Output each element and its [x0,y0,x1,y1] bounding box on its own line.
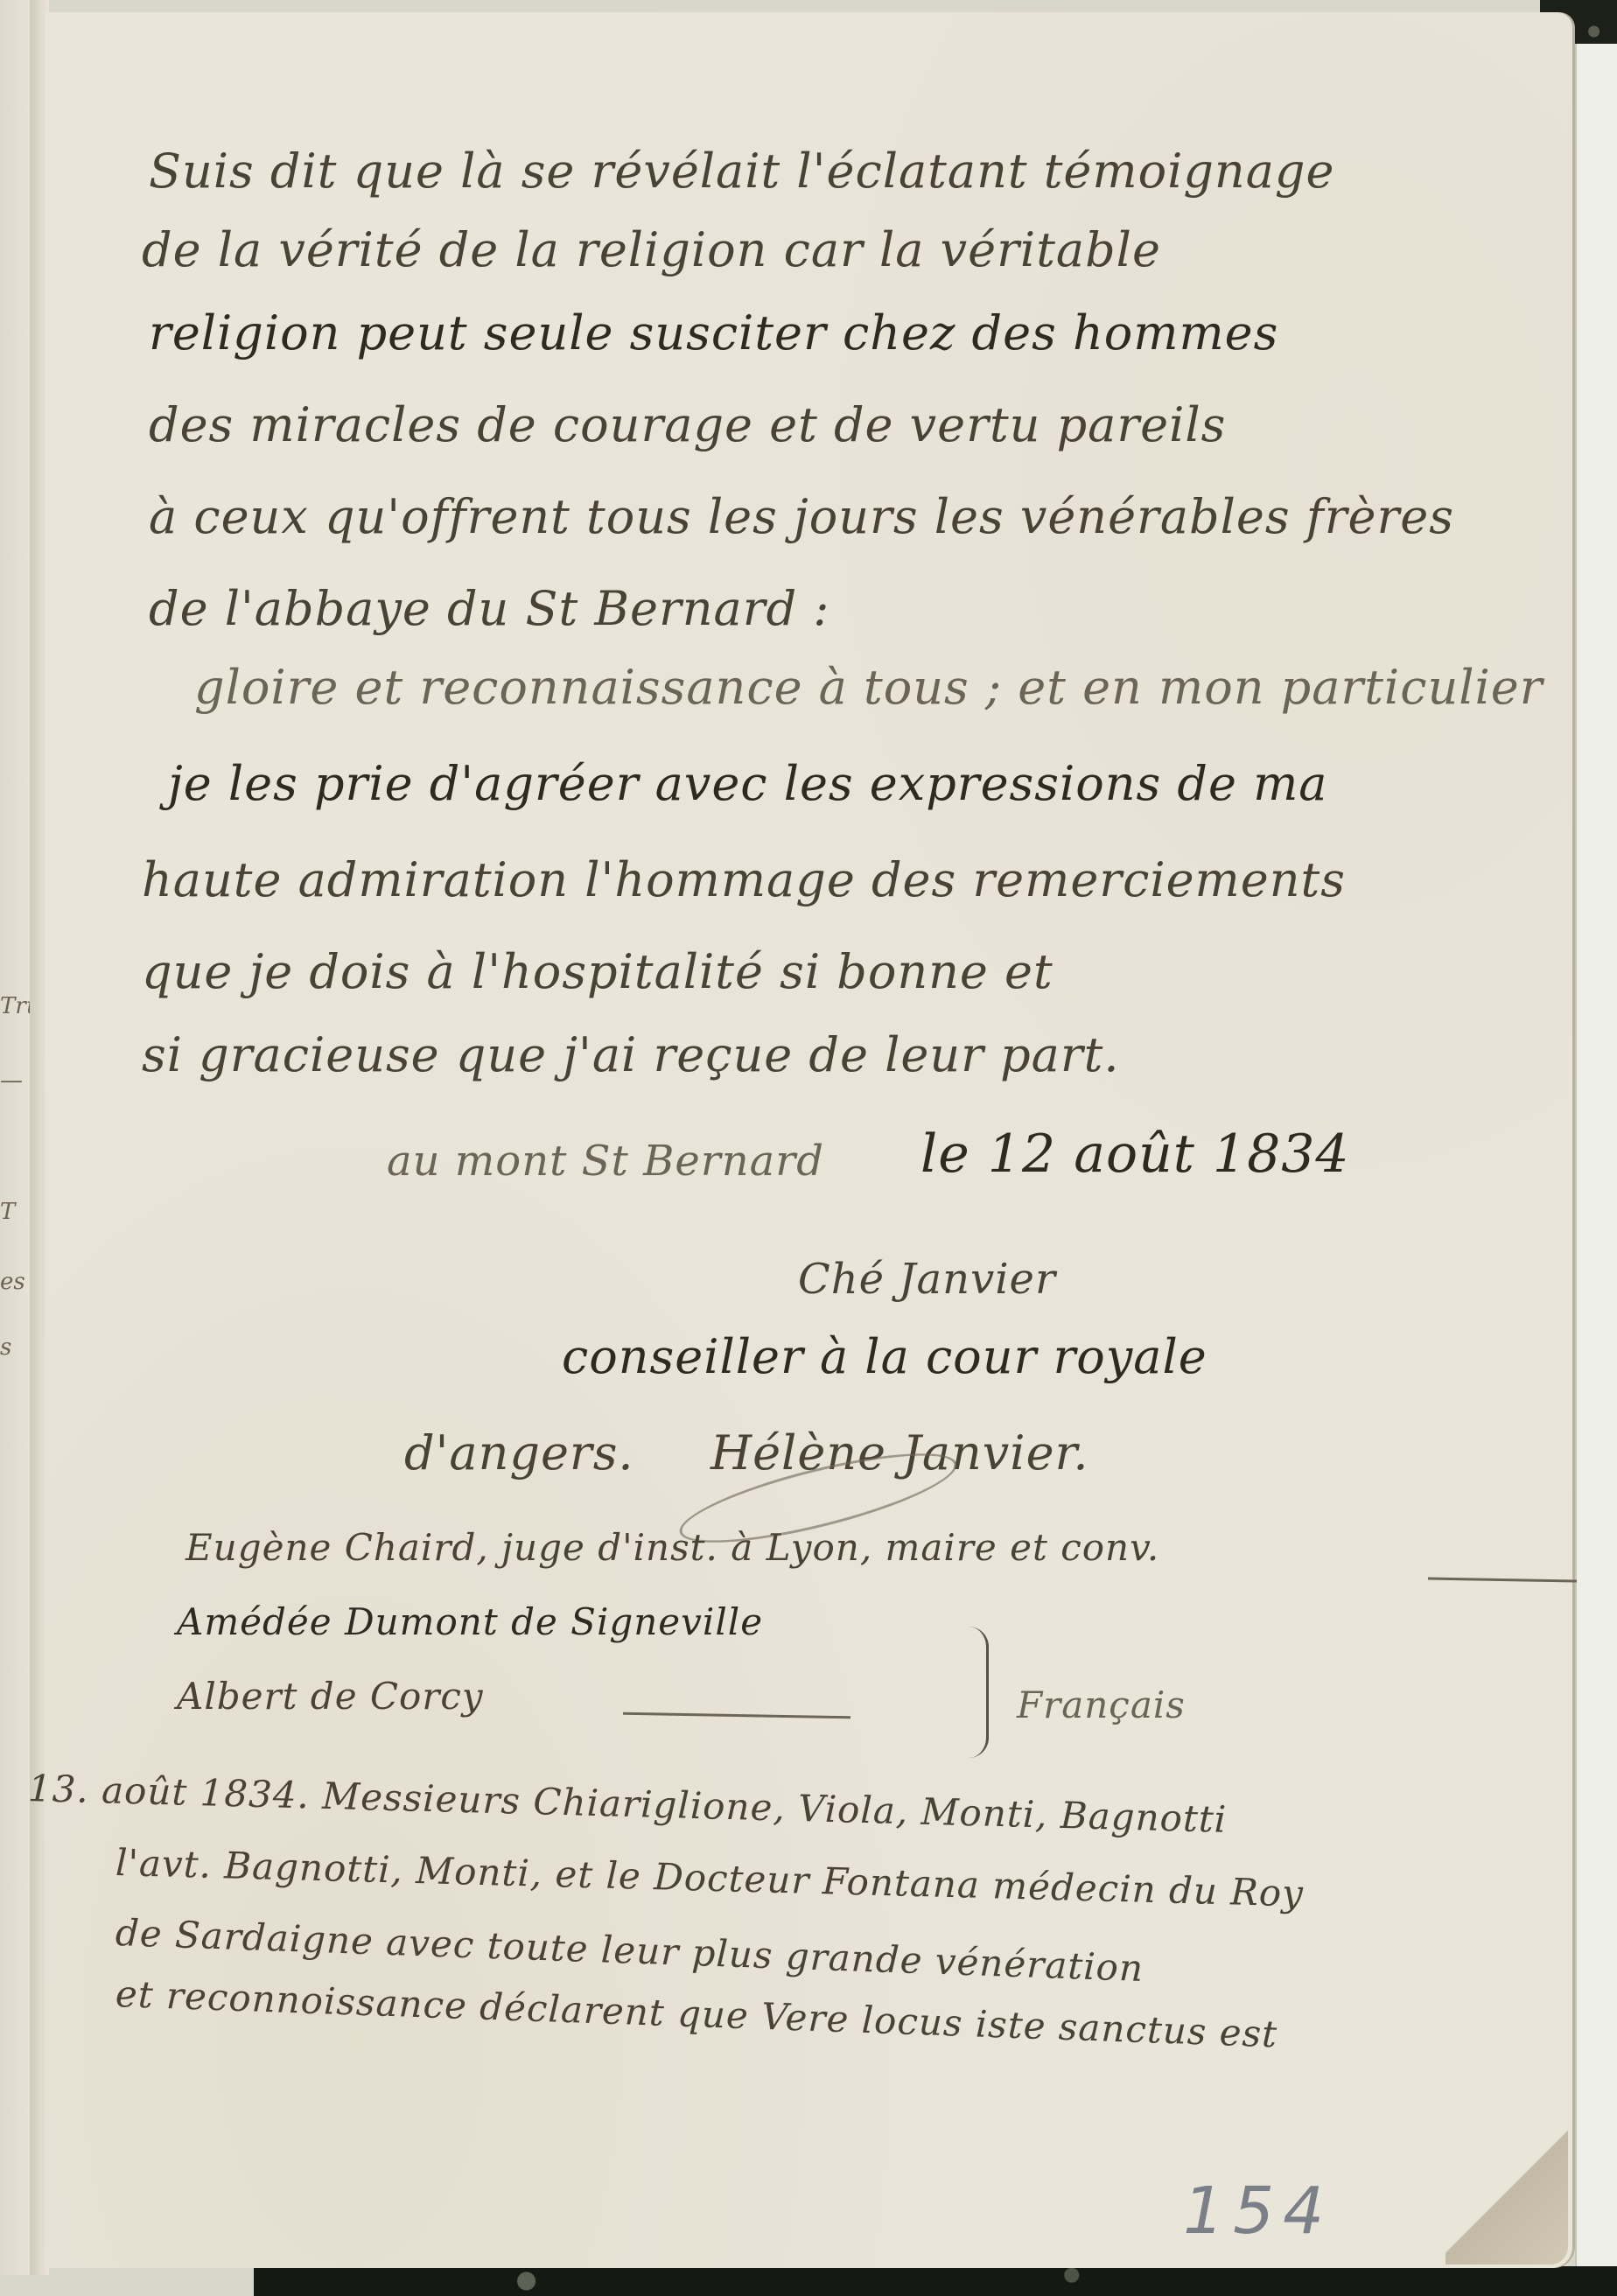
date-line: le 12 août 1834 [920,1123,1350,1185]
signatory-line-2: Amédée Dumont de Signeville [177,1600,763,1643]
margin-mark: s [0,1334,11,1361]
entry1-line-8: je les prie d'agréer avec les expression… [168,756,1328,811]
place-line: au mont St Bernard [387,1137,824,1186]
manuscript-page: Suis dit que là se révélait l'éclatant t… [45,12,1575,2268]
margin-mark: es [0,1269,25,1295]
nationality-label: Français [1017,1683,1186,1726]
folio-number: 154 [1183,2173,1333,2249]
signatory-line-3: Albert de Corcy [177,1675,484,1718]
curly-bracket [969,1627,989,1758]
entry2-line-2: l'avt. Bagnotti, Monti, et le Docteur Fo… [115,1841,1304,1915]
entry1-line-5: à ceux qu'offrent tous les jours les vén… [149,489,1454,544]
signature-name: Ché Janvier [798,1255,1056,1304]
signatory-line-1: Eugène Chaird, juge d'inst. à Lyon, mair… [185,1526,1159,1569]
signatory-rule [1428,1578,1577,1583]
entry1-line-1: Suis dit que là se révélait l'éclatant t… [149,143,1334,199]
signatory-rule [623,1712,850,1719]
entry1-line-9: haute admiration l'hommage des remerciem… [142,852,1346,907]
entry1-line-3: religion peut seule susciter chez des ho… [149,305,1278,360]
book-binding-bottom [254,2266,1617,2296]
page-corner-fold [1445,2116,1568,2264]
entry1-line-11: si gracieuse que j'ai reçue de leur part… [142,1027,1120,1082]
page-edge-strip [1575,44,1617,2266]
entry1-line-2: de la vérité de la religion car la vérit… [142,222,1161,277]
signature-city: d'angers. [404,1425,634,1480]
entry1-line-6: de l'abbaye du St Bernard : [149,581,830,636]
entry1-line-4: des miracles de courage et de vertu pare… [149,397,1226,452]
entry1-line-7: gloire et reconnaissance à tous ; et en … [194,660,1543,715]
entry1-line-10: que je dois à l'hospitalité si bonne et [142,944,1053,999]
entry2-line-1: 13. août 1834. Messieurs Chiariglione, V… [27,1767,1227,1841]
facing-page-edge: Tru — T es s [0,0,31,2275]
margin-mark: — [0,1067,23,1094]
signature-title: conseiller à la cour royale [562,1329,1207,1384]
margin-mark: T [0,1199,15,1225]
